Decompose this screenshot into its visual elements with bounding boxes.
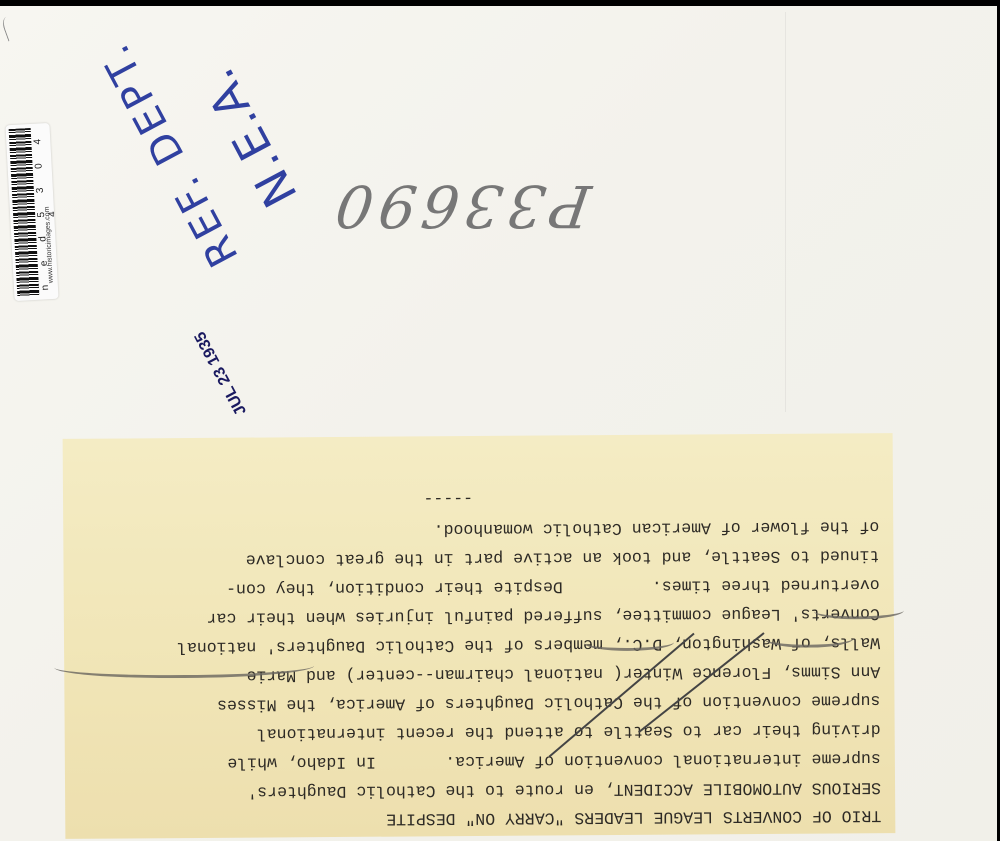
- caption-line: Converts' League committee, suffered pai…: [206, 603, 879, 628]
- barcode-sticker: n e d 5 3 0 4 4 www.historicimages.com: [5, 123, 58, 301]
- corner-crease: [0, 15, 20, 42]
- caption-line: supreme convention of the Catholic Daugh…: [217, 690, 881, 715]
- caption-line: SERIOUS AUTOMOBILE ACCIDENT, en route to…: [247, 777, 881, 801]
- ref-dept-stamp: N.E.A. REF. DEPT. JUL 23 1935: [140, 156, 310, 376]
- typed-caption-clipping: TRIO OF CONVERTS LEAGUE LEADERS "CARRY O…: [63, 433, 896, 839]
- stamp-date: JUL 23 1935: [192, 328, 251, 418]
- caption-line: of the flower of American Catholic woman…: [434, 516, 880, 539]
- pencil-reference-number: P33690: [414, 166, 595, 246]
- caption-line: overturned three times. Despite their co…: [226, 574, 880, 599]
- caption-line: TRIO OF CONVERTS LEAGUE LEADERS "CARRY O…: [386, 805, 881, 828]
- caption-line: Ann Simms, Florence Winter( national cha…: [246, 661, 880, 685]
- caption-text-block: TRIO OF CONVERTS LEAGUE LEADERS "CARRY O…: [63, 433, 896, 839]
- pencil-underline: [814, 602, 904, 620]
- caption-line: tinued to Seattle, and took an active pa…: [246, 545, 880, 569]
- caption-end-mark: -----: [423, 488, 473, 508]
- fold-line: [785, 12, 786, 412]
